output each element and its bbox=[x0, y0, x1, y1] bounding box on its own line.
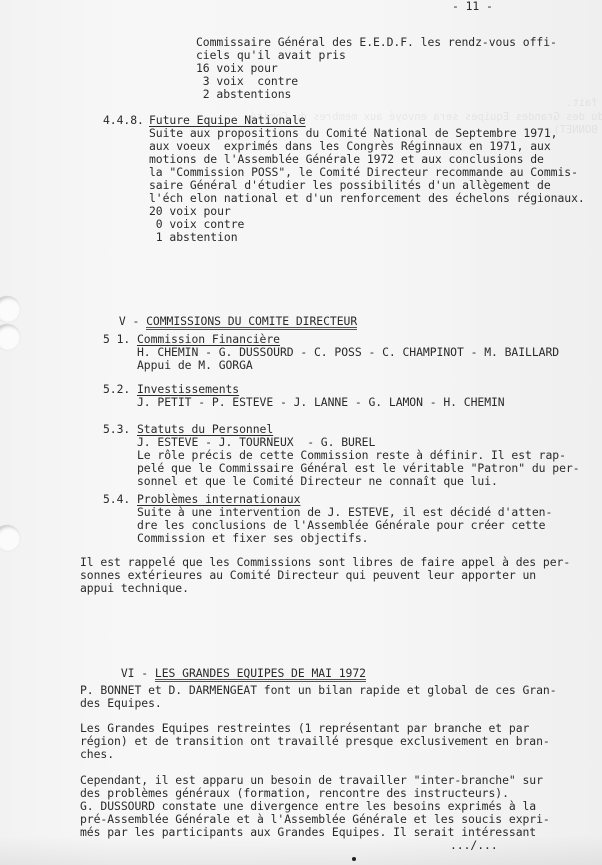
text-line: ches. bbox=[80, 748, 114, 762]
subsection-number: 5.3. bbox=[103, 423, 130, 437]
text-line: Commission et fixer ses objectifs. bbox=[137, 532, 368, 546]
punch-hole bbox=[0, 525, 20, 551]
punch-hole bbox=[0, 324, 20, 350]
document-page: - 12 - d'analyser ce fait. Le Compte-ren… bbox=[0, 0, 602, 865]
section-number: 4.4.8. bbox=[103, 114, 144, 128]
vote-count: 2 abstentions bbox=[196, 88, 291, 102]
heading-title: COMMISSIONS DU COMITE DIRECTEUR bbox=[146, 315, 357, 330]
subsection-number: 5.2. bbox=[103, 383, 130, 397]
vote-count: 1 abstention bbox=[149, 231, 238, 245]
text-line: sonnel et que le Comité Directeur ne con… bbox=[137, 475, 498, 489]
page-fold-shadow bbox=[0, 835, 602, 865]
page-number: - 11 - bbox=[452, 0, 493, 14]
text-line: appui technique. bbox=[80, 582, 189, 596]
members-line: J. PETIT - P. ESTEVE - J. LANNE - G. LAM… bbox=[137, 396, 505, 410]
text-line: Appui de M. GORGA bbox=[137, 359, 253, 373]
subsection-number: 5.4. bbox=[103, 493, 130, 507]
text-line: des Equipes. bbox=[80, 697, 162, 711]
heading-title: LES GRANDES EQUIPES DE MAI 1972 bbox=[155, 667, 366, 682]
subsection-number: 5 1. bbox=[103, 333, 130, 347]
heading-prefix: VI - bbox=[121, 666, 155, 680]
heading-prefix: V - bbox=[119, 314, 146, 328]
text-line: région) et de transition ont travaillé p… bbox=[80, 735, 550, 749]
punch-hole bbox=[0, 296, 20, 322]
